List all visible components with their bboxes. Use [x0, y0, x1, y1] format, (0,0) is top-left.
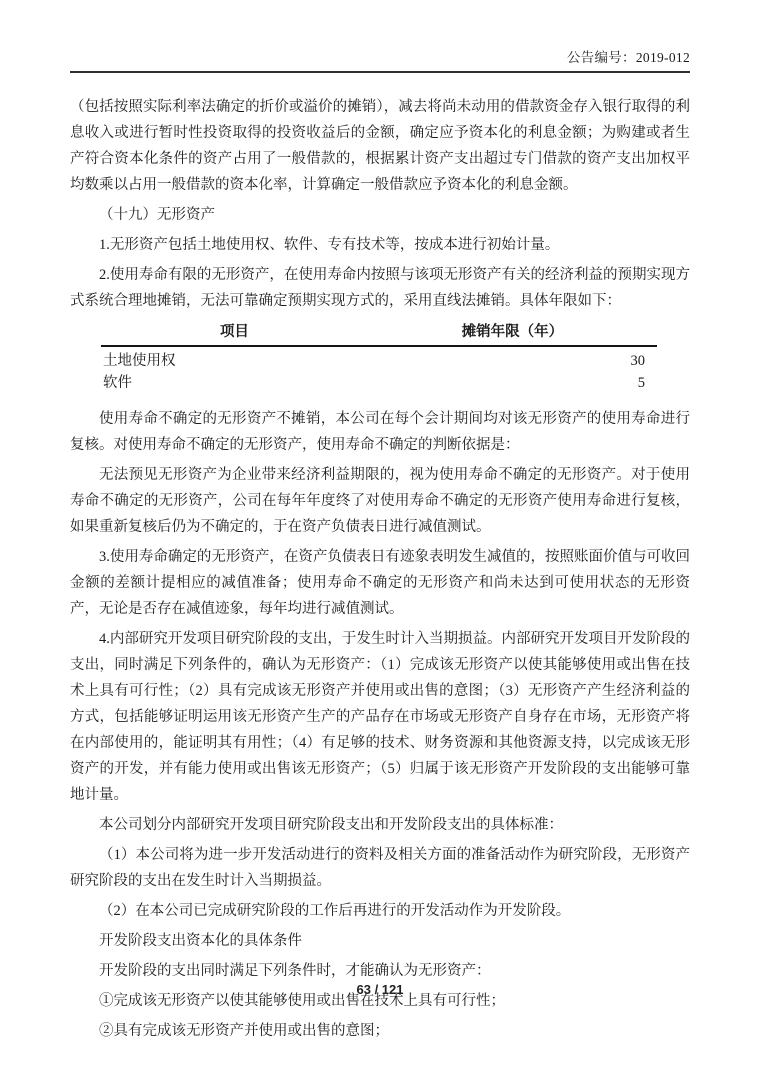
page-content: 公告编号：2019-012 （包括按照实际利率法确定的折价或溢价的摊销），减去将… — [0, 0, 760, 1044]
paragraph: 4.内部研究开发项目研究阶段的支出，于发生时计入当期损益。内部研究开发项目开发阶… — [70, 626, 690, 808]
item-cell: 软件 — [101, 369, 368, 391]
document-body: （包括按照实际利率法确定的折价或溢价的摊销），减去将尚未动用的借款资金存入银行取… — [70, 94, 690, 1044]
table-header-item: 项目 — [101, 321, 368, 346]
item-cell: 土地使用权 — [101, 346, 368, 369]
paragraph: 开发阶段支出资本化的具体条件 — [70, 928, 690, 954]
paragraph: （1）本公司将为进一步开发活动进行的资料及相关方面的准备活动作为研究阶段，无形资… — [70, 842, 690, 894]
table-header-years: 摊销年限（年） — [368, 321, 657, 346]
paragraph: （包括按照实际利率法确定的折价或溢价的摊销），减去将尚未动用的借款资金存入银行取… — [70, 94, 690, 198]
paragraph: 使用寿命不确定的无形资产不摊销，本公司在每个会计期间均对该无形资产的使用寿命进行… — [70, 406, 690, 458]
announcement-number: 公告编号：2019-012 — [70, 50, 690, 66]
table-row: 软件 5 — [101, 369, 657, 391]
page-number: 63 / 121 — [357, 982, 404, 997]
table-header-row: 项目 摊销年限（年） — [101, 321, 657, 346]
paragraph: （2）在本公司已完成研究阶段的工作后再进行的开发活动作为开发阶段。 — [70, 898, 690, 924]
paragraph: 2.使用寿命有限的无形资产，在使用寿命内按照与该项无形资产有关的经济利益的预期实… — [70, 262, 690, 314]
years-cell: 5 — [368, 369, 657, 391]
table-row: 土地使用权 30 — [101, 346, 657, 369]
paragraph: 1.无形资产包括土地使用权、软件、专有技术等，按成本进行初始计量。 — [70, 232, 690, 258]
amortization-table: 项目 摊销年限（年） 土地使用权 30 软件 5 — [101, 321, 657, 391]
paragraph: 3.使用寿命确定的无形资产，在资产负债表日有迹象表明发生减值的，按照账面价值与可… — [70, 544, 690, 622]
header-rule — [70, 71, 690, 73]
page-footer: 63 / 121 — [0, 981, 760, 999]
page-header: 公告编号：2019-012 — [70, 0, 690, 73]
document-page: 公告编号：2019-012 （包括按照实际利率法确定的折价或溢价的摊销），减去将… — [0, 0, 760, 1075]
paragraph: 无法预见无形资产为企业带来经济利益期限的，视为使用寿命不确定的无形资产。对于使用… — [70, 462, 690, 540]
paragraph: ②具有完成该无形资产并使用或出售的意图； — [70, 1018, 690, 1044]
years-cell: 30 — [368, 346, 657, 369]
paragraph: 本公司划分内部研究开发项目研究阶段支出和开发阶段支出的具体标准： — [70, 812, 690, 838]
paragraph: （十九）无形资产 — [70, 202, 690, 228]
